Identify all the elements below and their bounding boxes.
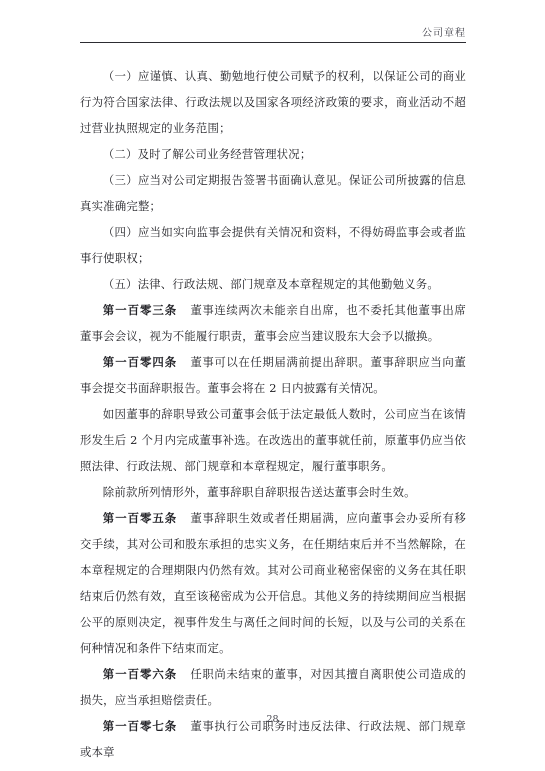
paragraph: 如因董事的辞职导致公司董事会低于法定最低人数时，公司应当在该情形发生后 2 个月… [80, 401, 466, 479]
page-footer: 28 [0, 714, 545, 725]
article-paragraph: 第一百零三条董事连续两次未能亲自出席，也不委托其他董事出席董事会会议，视为不能履… [80, 297, 466, 349]
article-paragraph: 第一百零四条董事可以在任期届满前提出辞职。董事辞职应当向董事会提交书面辞职报告。… [80, 349, 466, 401]
article-number: 第一百零六条 [103, 667, 177, 681]
document-page: 公司章程 （一）应谨慎、认真、勤勉地行使公司赋予的权利，以保证公司的商业行为符合… [0, 0, 545, 771]
paragraph: （一）应谨慎、认真、勤勉地行使公司赋予的权利，以保证公司的商业行为符合国家法律、… [80, 63, 466, 141]
article-number: 第一百零三条 [103, 303, 177, 317]
paragraph: 除前款所列情形外，董事辞职自辞职报告送达董事会时生效。 [80, 479, 466, 505]
paragraph: （四）应当如实向监事会提供有关情况和资料，不得妨碍监事会或者监事行使职权； [80, 219, 466, 271]
article-number: 第一百零五条 [103, 511, 177, 525]
article-number: 第一百零四条 [103, 355, 177, 369]
article-paragraph: 第一百零六条任职尚未结束的董事，对因其擅自离职使公司造成的损失，应当承担赔偿责任… [80, 661, 466, 713]
article-paragraph: 第一百零五条董事辞职生效或者任期届满，应向董事会办妥所有移交手续，其对公司和股东… [80, 505, 466, 661]
page-header: 公司章程 [80, 24, 466, 43]
paragraph: （五）法律、行政法规、部门规章及本章程规定的其他勤勉义务。 [80, 271, 466, 297]
page-number: 28 [266, 714, 278, 725]
paragraph: （三）应当对公司定期报告签署书面确认意见。保证公司所披露的信息真实准确完整； [80, 167, 466, 219]
paragraph: （二）及时了解公司业务经营管理状况； [80, 141, 466, 167]
header-title: 公司章程 [422, 28, 466, 39]
document-body: （一）应谨慎、认真、勤勉地行使公司赋予的权利，以保证公司的商业行为符合国家法律、… [80, 63, 466, 765]
